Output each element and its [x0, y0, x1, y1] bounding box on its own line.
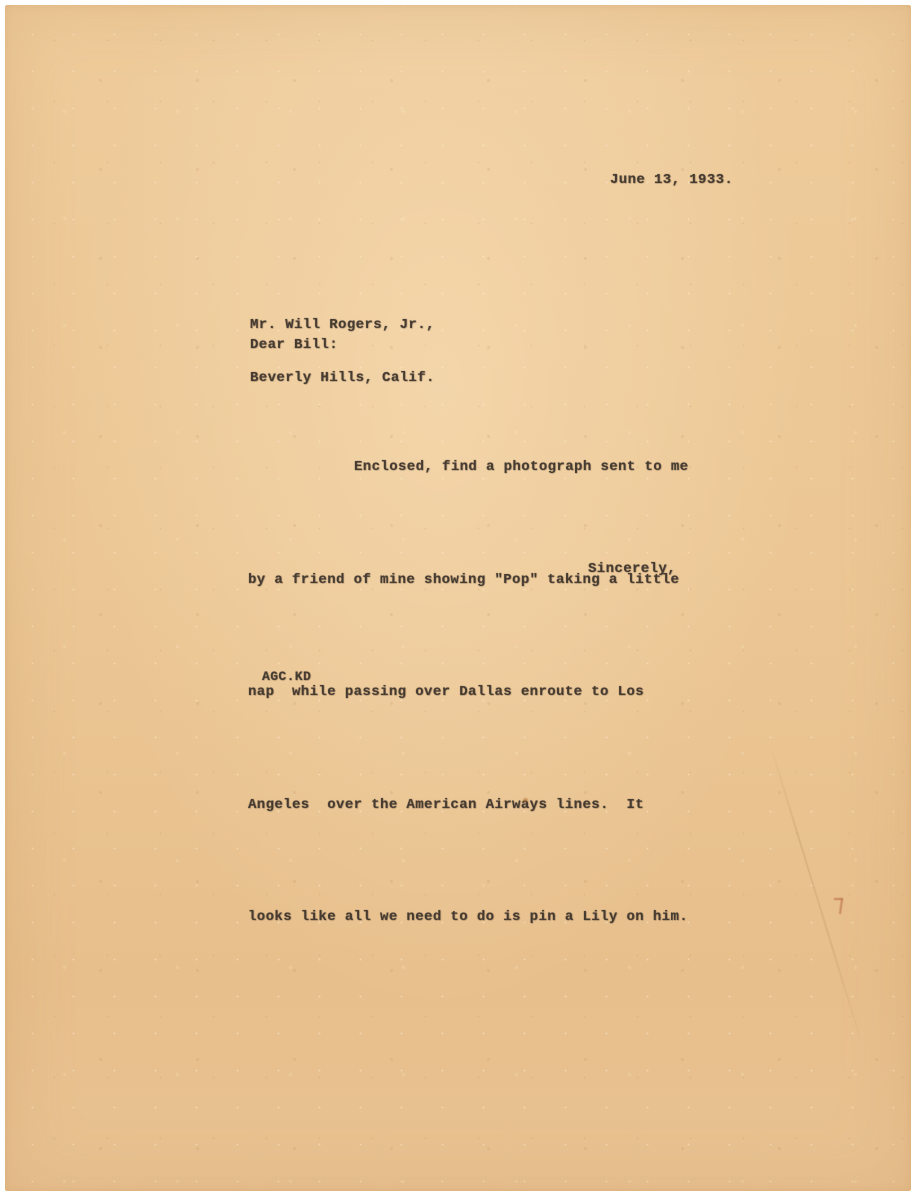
body-line: looks like all we need to do is pin a Li… [248, 899, 688, 937]
body-line: Angeles over the American Airways lines.… [248, 787, 688, 825]
closing-sincerely: Sincerely, [588, 561, 676, 577]
scanned-letter-page: June 13, 1933. Mr. Will Rogers, Jr., Bev… [0, 0, 918, 1200]
letter-body: Enclosed, find a photograph sent to me b… [248, 374, 688, 1012]
paper-crease [772, 752, 861, 1039]
letter-paper: June 13, 1933. Mr. Will Rogers, Jr., Bev… [5, 5, 911, 1191]
paper-stain-dot [523, 798, 528, 802]
recipient-name: Mr. Will Rogers, Jr., [250, 317, 435, 335]
reference-initials: AGC.KD [262, 669, 311, 684]
body-line: Enclosed, find a photograph sent to me [248, 449, 688, 487]
red-pencil-mark [834, 898, 844, 916]
letter-date: June 13, 1933. [610, 172, 733, 188]
body-line: nap while passing over Dallas enroute to… [248, 674, 688, 712]
red-pencil-mark-stem [839, 899, 843, 914]
salutation: Dear Bill: [250, 337, 338, 353]
